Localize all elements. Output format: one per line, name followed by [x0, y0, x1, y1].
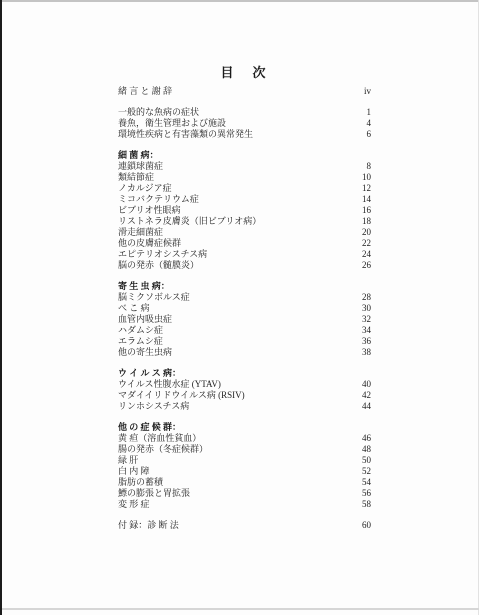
toc-entry-label: 類結節症 [118, 172, 154, 183]
toc-entry-label: 他の寄生虫病 [118, 347, 172, 358]
toc-entry: 環境性疾病と有害藻類の異常発生6 [118, 129, 371, 140]
toc-entry-label: 滑走細菌症 [118, 227, 163, 238]
toc-entry-page-number: 58 [354, 499, 371, 510]
toc-entry-page-number: 36 [354, 336, 371, 347]
toc-entry: マダイイリドウイルス病 (RSIV)42 [118, 390, 371, 401]
toc-entry-label: 脂肪の蓄積 [118, 477, 163, 488]
toc-entry-label: 環境性疾病と有害藻類の異常発生 [118, 129, 253, 140]
scan-edge-left [0, 0, 2, 615]
toc-entry-label: 緒 言 と 謝 辞 [118, 86, 172, 97]
toc-entry: 黄 疸（溶血性貧血）46 [118, 433, 371, 444]
toc-entry-label: ビブリオ性眼病 [118, 205, 181, 216]
toc-entry-label: 血管内吸虫症 [118, 314, 172, 325]
scanned-document-page: 目 次 緒 言 と 謝 辞iv一般的な魚病の症状1養魚，衛生管理および施設4環境… [0, 0, 479, 615]
toc-entry: 連鎖球菌症8 [118, 161, 371, 172]
toc-entry-page-number: 30 [354, 303, 371, 314]
scan-edge-top [0, 0, 479, 2]
toc-entry-label: 連鎖球菌症 [118, 161, 163, 172]
toc-entry: 脂肪の蓄積54 [118, 477, 371, 488]
toc-entry: 付 録：診 断 法60 [118, 520, 371, 531]
toc-entry-label: 変 形 症 [118, 499, 150, 510]
toc-entry-page-number: 26 [354, 260, 371, 271]
toc-entry-page-number: 52 [354, 466, 371, 477]
toc-entry-label: 白 内 障 [118, 466, 150, 477]
toc-entry: エラムシ症36 [118, 336, 371, 347]
toc-entry-label: 黄 疸（溶血性貧血） [118, 433, 201, 444]
toc-entry-page-number: 10 [354, 172, 371, 183]
toc-entry: ウイルス性腹水症 (YTAV)40 [118, 379, 371, 390]
toc-entry: べ こ 病30 [118, 303, 371, 314]
scan-edge-bottom [2, 608, 479, 610]
toc-entry-label: 一般的な魚病の症状 [118, 107, 199, 118]
toc-entry-label: 付 録：診 断 法 [118, 520, 179, 531]
toc-entry: 養魚，衛生管理および施設4 [118, 118, 371, 129]
toc-entry-label: リストネラ皮膚炎（旧ビブリオ病） [118, 216, 261, 227]
toc-entry: 血管内吸虫症32 [118, 314, 371, 325]
toc-entry-page-number: 28 [354, 292, 371, 303]
toc-section: 緒 言 と 謝 辞iv [118, 86, 371, 97]
toc-entry-page-number: 4 [359, 118, 372, 129]
toc-entry: 他の寄生虫病38 [118, 347, 371, 358]
toc-entry-label: ウイルス性腹水症 (YTAV) [118, 379, 221, 390]
toc-entry: 滑走細菌症20 [118, 227, 371, 238]
toc-entry-label: 鰾の膨張と胃拡張 [118, 488, 190, 499]
toc-entry-label: 脳の発赤（髄膜炎） [118, 260, 199, 271]
toc-entry-page-number: 20 [354, 227, 371, 238]
toc-entry: ノカルジア症12 [118, 183, 371, 194]
toc-entry-label: ミコバクテリウム症 [118, 194, 199, 205]
toc-entry: 緒 言 と 謝 辞iv [118, 86, 371, 97]
toc-entry-page-number: 14 [354, 194, 371, 205]
toc-entry-label: 他の皮膚症候群 [118, 238, 181, 249]
toc-entry: 鰾の膨張と胃拡張56 [118, 488, 371, 499]
toc-section-heading: 他 の 症 候 群： [118, 422, 371, 433]
toc-entry-page-number: 42 [354, 390, 371, 401]
toc-entry: 他の皮膚症候群22 [118, 238, 371, 249]
toc-entry-page-number: 1 [359, 107, 372, 118]
table-of-contents: 緒 言 と 謝 辞iv一般的な魚病の症状1養魚，衛生管理および施設4環境性疾病と… [118, 86, 371, 531]
toc-entry-label: 養魚，衛生管理および施設 [118, 118, 226, 129]
toc-entry: 緑 肝50 [118, 455, 371, 466]
toc-entry-page-number: 24 [354, 249, 371, 260]
toc-entry: 変 形 症58 [118, 499, 371, 510]
toc-section: 一般的な魚病の症状1養魚，衛生管理および施設4環境性疾病と有害藻類の異常発生6 [118, 107, 371, 140]
toc-entry-label: ハダムシ症 [118, 325, 163, 336]
toc-section: 付 録：診 断 法60 [118, 520, 371, 531]
toc-entry-label: エピテリオシスチス病 [118, 249, 207, 260]
toc-entry-page-number: 18 [354, 216, 371, 227]
toc-entry: 脳の発赤（髄膜炎）26 [118, 260, 371, 271]
toc-entry-page-number: 16 [354, 205, 371, 216]
toc-entry: 類結節症10 [118, 172, 371, 183]
page-title: 目 次 [118, 62, 371, 81]
toc-entry-page-number: 50 [354, 455, 371, 466]
toc-entry-label: 脳ミクソボルス症 [118, 292, 190, 303]
toc-entry-label: 緑 肝 [118, 455, 138, 466]
toc-entry: リンホシスチス病44 [118, 401, 371, 412]
toc-entry-label: ノカルジア症 [118, 183, 172, 194]
toc-entry-page-number: 6 [359, 129, 372, 140]
toc-entry-page-number: 60 [354, 520, 371, 531]
toc-entry-page-number: 56 [354, 488, 371, 499]
toc-section-heading: 寄 生 虫 病： [118, 281, 371, 292]
toc-section: 寄 生 虫 病：脳ミクソボルス症28べ こ 病30血管内吸虫症32ハダムシ症34… [118, 281, 371, 358]
toc-section: 細 菌 病：連鎖球菌症8類結節症10ノカルジア症12ミコバクテリウム症14ビブリ… [118, 150, 371, 271]
toc-entry-page-number: 40 [354, 379, 371, 390]
toc-entry: 白 内 障52 [118, 466, 371, 477]
toc-entry-page-number: 54 [354, 477, 371, 488]
toc-entry: リストネラ皮膚炎（旧ビブリオ病）18 [118, 216, 371, 227]
toc-entry-page-number: 34 [354, 325, 371, 336]
toc-entry-label: マダイイリドウイルス病 (RSIV) [118, 390, 245, 401]
toc-entry: 一般的な魚病の症状1 [118, 107, 371, 118]
toc-entry: ビブリオ性眼病16 [118, 205, 371, 216]
toc-entry: エピテリオシスチス病24 [118, 249, 371, 260]
toc-entry-page-number: 32 [354, 314, 371, 325]
toc-section-heading: 細 菌 病： [118, 150, 371, 161]
toc-entry: 腸の発赤（冬症候群）48 [118, 444, 371, 455]
toc-entry-page-number: 12 [354, 183, 371, 194]
toc-section: 他 の 症 候 群：黄 疸（溶血性貧血）46腸の発赤（冬症候群）48緑 肝50白… [118, 422, 371, 510]
toc-entry: 脳ミクソボルス症28 [118, 292, 371, 303]
toc-entry: ミコバクテリウム症14 [118, 194, 371, 205]
toc-section: ウ イ ル ス 病：ウイルス性腹水症 (YTAV)40マダイイリドウイルス病 (… [118, 368, 371, 412]
toc-entry-page-number: 8 [359, 161, 372, 172]
toc-entry-label: 腸の発赤（冬症候群） [118, 444, 208, 455]
toc-entry-label: エラムシ症 [118, 336, 163, 347]
toc-entry-label: リンホシスチス病 [118, 401, 189, 412]
toc-entry-page-number: 22 [354, 238, 371, 249]
toc-entry-page-number: 48 [354, 444, 371, 455]
toc-entry-page-number: 46 [354, 433, 371, 444]
toc-entry: ハダムシ症34 [118, 325, 371, 336]
toc-entry-label: べ こ 病 [118, 303, 150, 314]
toc-entry-page-number: 44 [354, 401, 371, 412]
toc-entry-page-number: iv [356, 86, 371, 97]
toc-entry-page-number: 38 [354, 347, 371, 358]
toc-section-heading: ウ イ ル ス 病： [118, 368, 371, 379]
